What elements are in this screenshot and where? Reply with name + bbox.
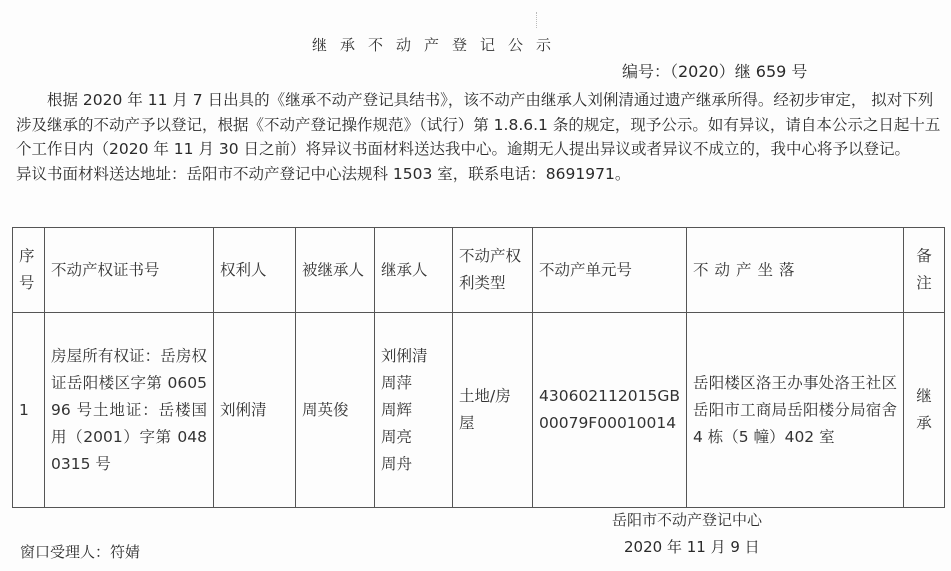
header-certificate: 不动产权证书号 — [45, 228, 214, 313]
table-row: 1 房屋所有权证：岳房权证岳阳楼区字第 060596 号土地证：岳楼国用（200… — [13, 313, 945, 508]
window-clerk: 窗口受理人：符婧 — [20, 541, 140, 562]
scan-mark — [536, 12, 538, 28]
cell-index: 1 — [13, 313, 45, 508]
cell-heirs: 刘俐清 周萍 周辉 周亮 周舟 — [375, 313, 453, 508]
header-heirs: 继承人 — [375, 228, 453, 313]
notice-paragraph: 根据 2020 年 11 月 7 日出具的《继承不动产登记具结书》，该不动产由继… — [16, 88, 941, 162]
cell-decedent: 周英俊 — [296, 313, 375, 508]
header-unit-number: 不动产单元号 — [533, 228, 687, 313]
table-header-row: 序号 不动产权证书号 权利人 被继承人 继承人 不动产权利类型 不动产单元号 不… — [13, 228, 945, 313]
header-decedent: 被继承人 — [296, 228, 375, 313]
heir-name: 周萍 — [381, 370, 446, 397]
document-title: 继承不动产登记公示 — [312, 34, 564, 55]
header-location: 不动产坐落 — [687, 228, 904, 313]
document-number: 编号：（2020）继 659 号 — [622, 59, 807, 82]
cell-certificate: 房屋所有权证：岳房权证岳阳楼区字第 060596 号土地证：岳楼国用（2001）… — [45, 313, 214, 508]
objection-address: 异议书面材料送达地址：岳阳市不动产登记中心法规科 1503 室，联系电话：869… — [16, 162, 941, 187]
cell-right-holder: 刘俐清 — [214, 313, 296, 508]
cell-unit-number: 430602112015GB00079F00010014 — [533, 313, 687, 508]
notice-body: 根据 2020 年 11 月 7 日出具的《继承不动产登记具结书》，该不动产由继… — [16, 88, 941, 186]
heir-name: 周辉 — [381, 397, 446, 424]
header-remark: 备注 — [904, 228, 945, 313]
heir-name: 刘俐清 — [381, 343, 446, 370]
issue-date: 2020 年 11 月 9 日 — [624, 536, 760, 557]
issuer-name: 岳阳市不动产登记中心 — [612, 509, 762, 530]
cell-location: 岳阳楼区洛王办事处洛王社区岳阳市工商局岳阳楼分局宿舍 4 栋（5 幢）402 室 — [687, 313, 904, 508]
header-index: 序号 — [13, 228, 45, 313]
cell-right-type: 土地/房屋 — [453, 313, 533, 508]
property-table: 序号 不动产权证书号 权利人 被继承人 继承人 不动产权利类型 不动产单元号 不… — [12, 227, 945, 508]
cell-remark: 继承 — [904, 313, 945, 508]
heir-name: 周亮 — [381, 424, 446, 451]
header-right-holder: 权利人 — [214, 228, 296, 313]
heir-name: 周舟 — [381, 451, 446, 478]
header-right-type: 不动产权利类型 — [453, 228, 533, 313]
